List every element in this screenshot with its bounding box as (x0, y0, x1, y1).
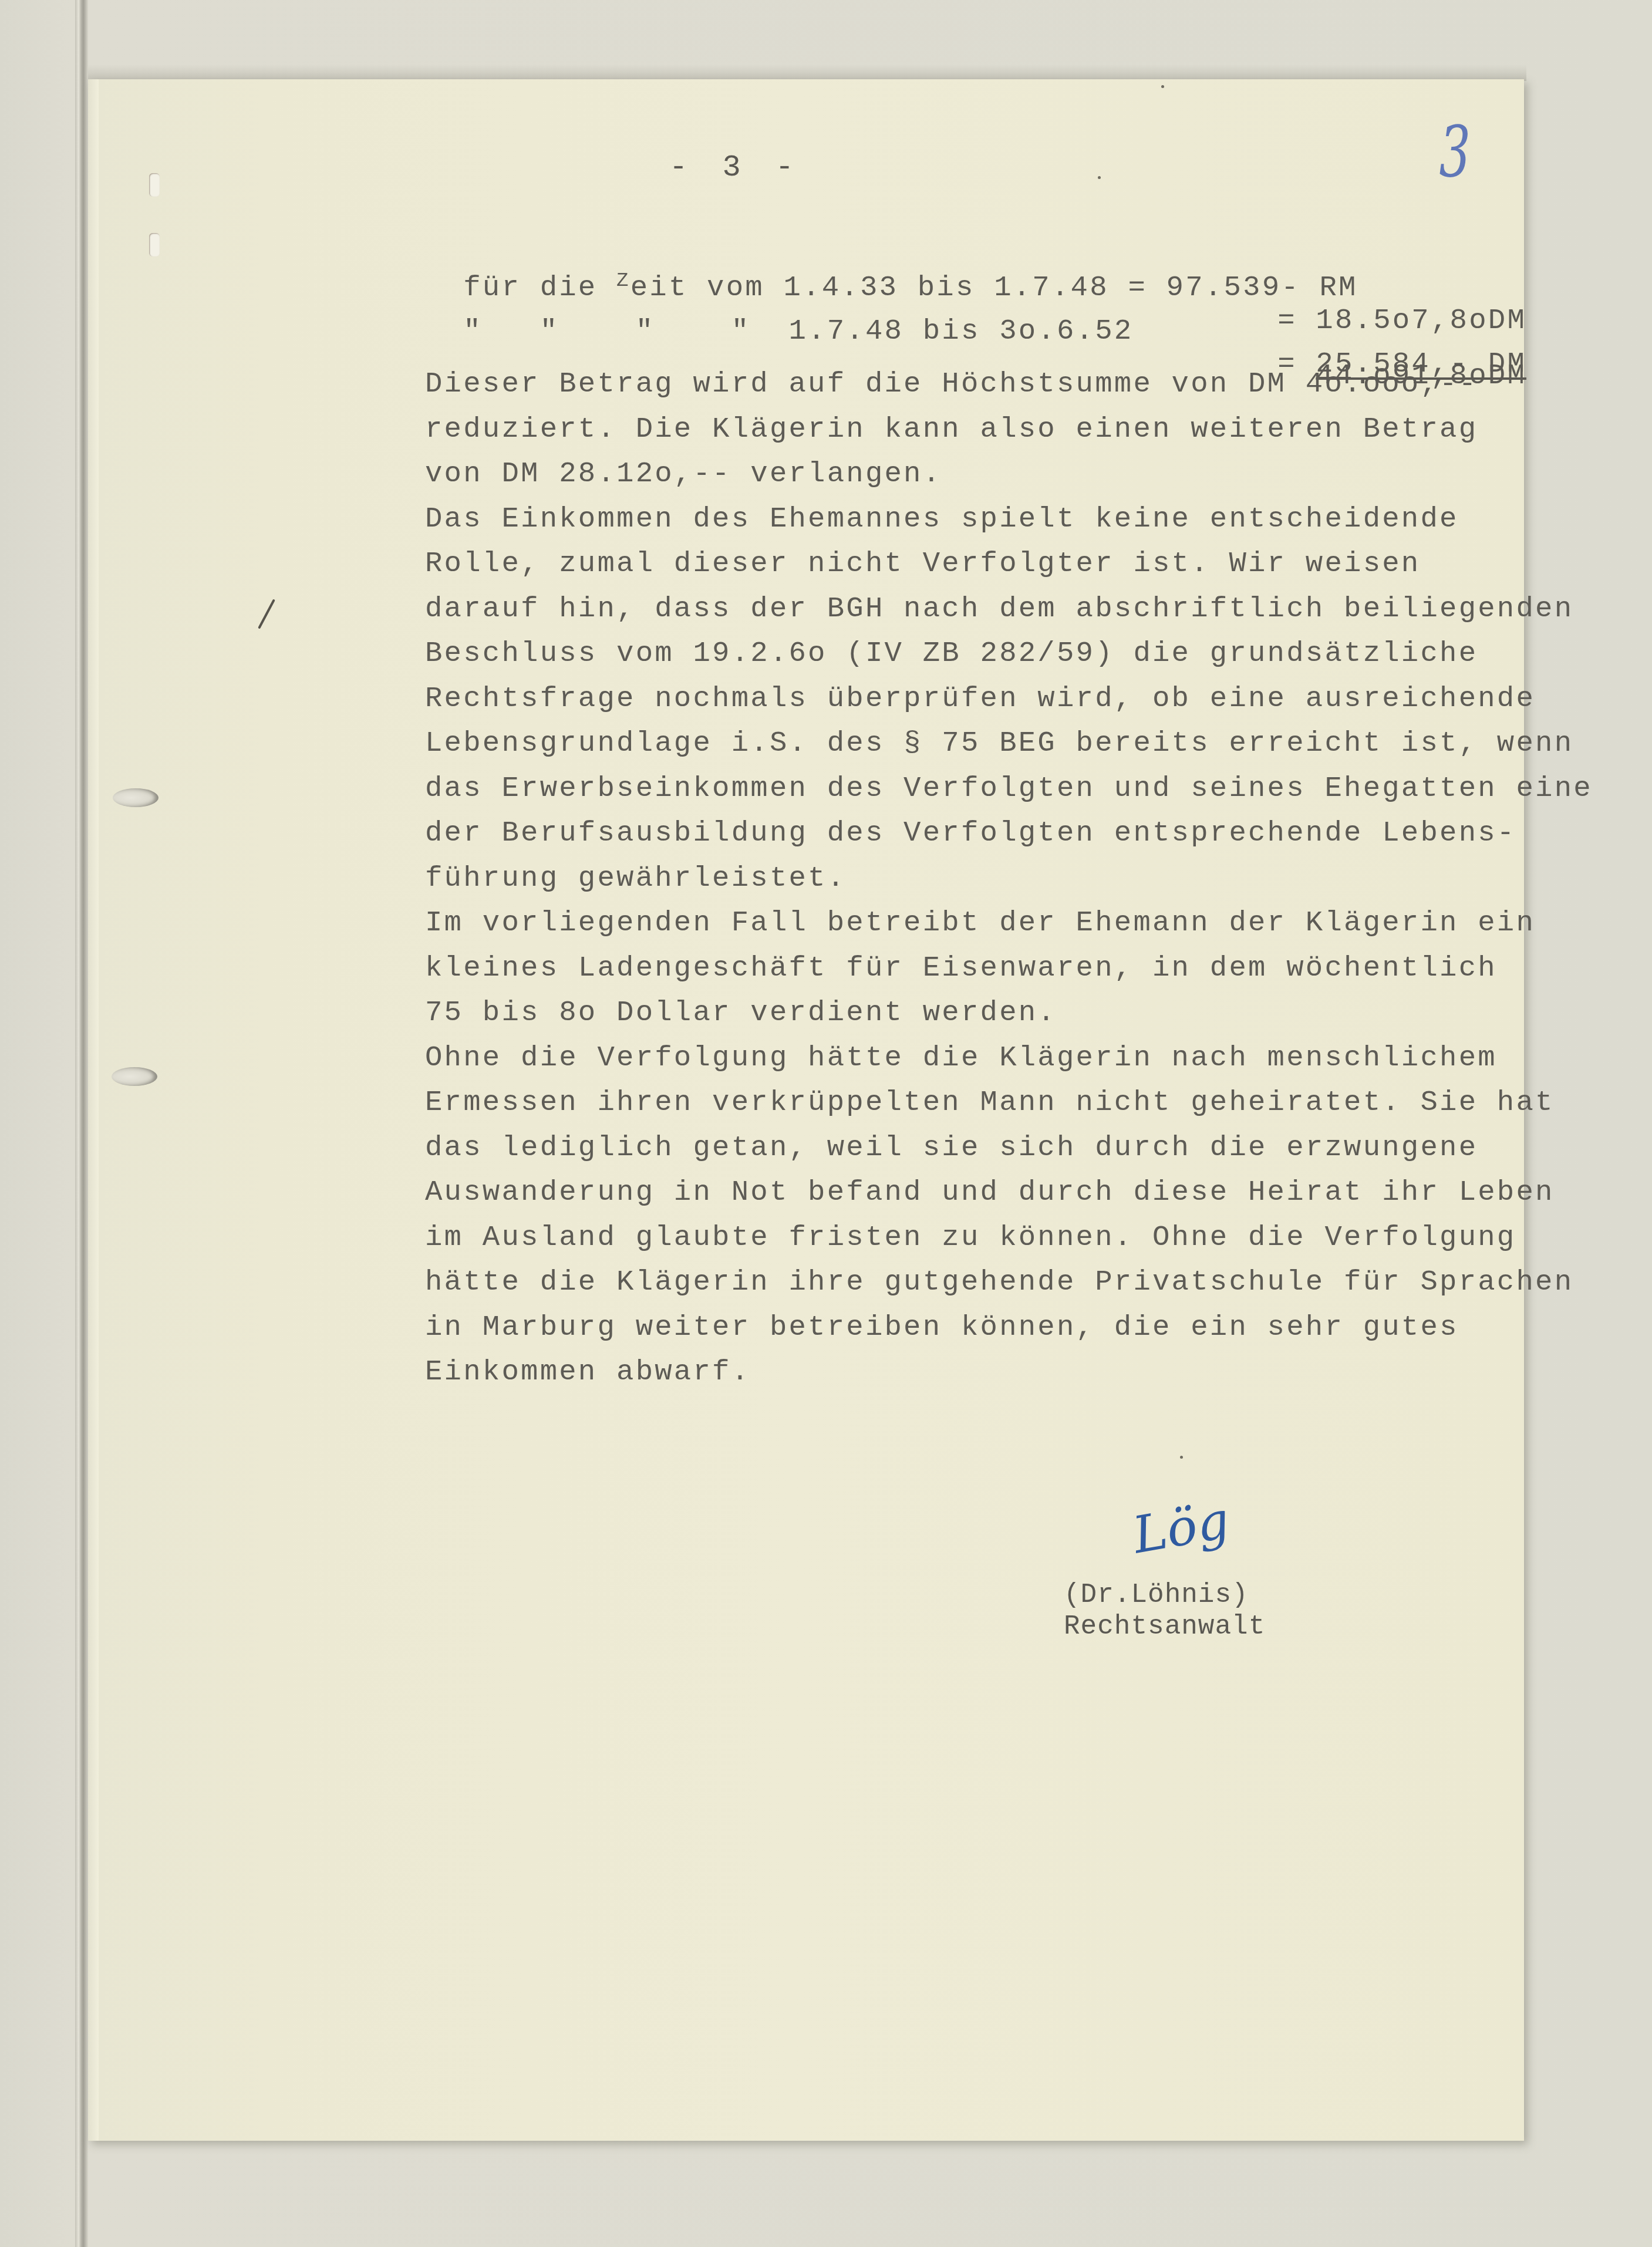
body-line: hätte die Klägerin ihre gutgehende Priva… (425, 1260, 1529, 1305)
body-line: 75 bis 8o Dollar verdient werden. (425, 990, 1529, 1035)
body-line: Lebensgrundlage i.S. des § 75 BEG bereit… (425, 721, 1529, 766)
staple-tear-mark (149, 173, 160, 197)
handwritten-folio-number: 3 (1439, 117, 1470, 188)
body-line: Beschluss vom 19.2.6o (IV ZB 282/59) die… (425, 631, 1529, 676)
body-line: reduziert. Die Klägerin kann also einen … (425, 407, 1529, 452)
paper-speck (1180, 1456, 1183, 1459)
body-line: das lediglich getan, weil sie sich durch… (425, 1125, 1529, 1170)
signatory-title: Rechtsanwalt (1064, 1611, 1265, 1642)
body-line: das Erwerbseinkommen des Verfolgten und … (425, 766, 1529, 811)
body-line: Das Einkommen des Ehemannes spielt keine… (425, 497, 1529, 542)
body-line: kleines Ladengeschäft für Eisenwaren, in… (425, 946, 1529, 991)
body-line: darauf hin, dass der BGH nach dem abschr… (425, 586, 1529, 632)
body-line: in Marburg weiter betreiben können, die … (425, 1305, 1529, 1350)
paper-top-shadow (88, 65, 1526, 81)
body-line: Im vorliegenden Fall betreibt der Eheman… (425, 900, 1529, 946)
punch-hole-upper (113, 788, 159, 807)
calc-row-1: für die Zeit vom 1.4.33 bis 1.7.48 = 97.… (425, 237, 1526, 272)
body-line: Ohne die Verfolgung hätte die Klägerin n… (425, 1035, 1529, 1081)
paper-speck (1098, 176, 1101, 179)
body-line: Rolle, zumal dieser nicht Verfolgter ist… (425, 541, 1529, 586)
body-line: Ermessen ihren verkrüppelten Mann nicht … (425, 1080, 1529, 1125)
body-line: Dieser Betrag wird auf die Höchstsumme v… (425, 362, 1529, 407)
handwritten-signature: Lög (1130, 1494, 1233, 1561)
staple-tear-mark (149, 233, 160, 257)
punch-hole-lower (112, 1067, 157, 1086)
calc-row-2: " " " " 1.7.48 bis 3o.6.52 = 25.584,- DM (425, 282, 1526, 317)
binder-edge (75, 0, 88, 2247)
body-line: Auswanderung in Not befand und durch die… (425, 1170, 1529, 1215)
signatory-name: (Dr.Löhnis) (1064, 1580, 1249, 1610)
paper-left-edge (88, 79, 99, 2141)
signature-block: (Dr.Löhnis) Rechtsanwalt (1064, 1579, 1265, 1642)
body-line: von DM 28.12o,-- verlangen. (425, 451, 1529, 497)
body-line: führung gewährleistet. (425, 856, 1529, 901)
body-line: der Berufsausbildung des Verfolgten ents… (425, 811, 1529, 856)
calc-total-row: 44.o91,8oDM (425, 326, 1526, 362)
page-number: - 3 - (669, 146, 802, 190)
body-line: im Ausland glaubte fristen zu können. Oh… (425, 1215, 1529, 1260)
body-line: Einkommen abwarf. (425, 1349, 1529, 1395)
paper-speck (1161, 85, 1164, 88)
body-line: Rechtsfrage nochmals überprüfen wird, ob… (425, 676, 1529, 721)
letter-body: Dieser Betrag wird auf die Höchstsumme v… (425, 362, 1529, 1395)
